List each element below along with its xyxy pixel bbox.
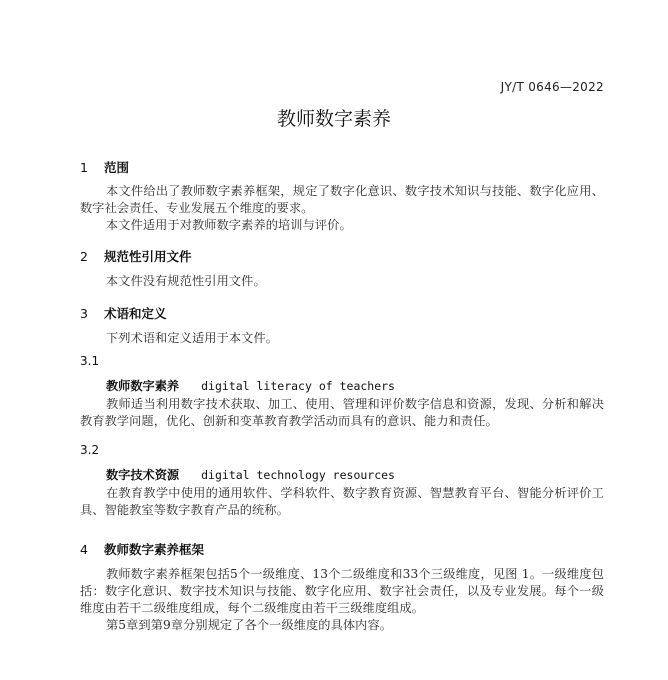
paragraph: 第5章到第9章分别规定了各个一级维度的具体内容。 bbox=[80, 617, 604, 634]
document-page: JY/T 0646—2022 教师数字素养 1范围 本文件给出了教师数字素养框架… bbox=[0, 0, 668, 680]
section-number: 3 bbox=[80, 306, 104, 321]
section-title: 范围 bbox=[104, 160, 129, 175]
section-title: 术语和定义 bbox=[104, 306, 167, 321]
term-english: digital technology resources bbox=[201, 468, 395, 482]
term-entry: 数字技术资源digital technology resources bbox=[106, 466, 395, 483]
paragraph: 下列术语和定义适用于本文件。 bbox=[80, 330, 604, 347]
term-definition: 在教育教学中使用的通用软件、学科软件、数字教育资源、智慧教育平台、智能分析评价工… bbox=[80, 485, 604, 519]
paragraph: 教师数字素养框架包括5个一级维度、13个二级维度和33个三级维度，见图 1。一级… bbox=[80, 566, 604, 618]
section-number: 4 bbox=[80, 542, 104, 557]
section-heading-2: 2规范性引用文件 bbox=[80, 247, 192, 265]
section-number: 1 bbox=[80, 160, 104, 175]
section-number: 2 bbox=[80, 249, 104, 264]
paragraph: 本文件没有规范性引用文件。 bbox=[80, 273, 604, 290]
document-number: JY/T 0646—2022 bbox=[501, 80, 604, 94]
paragraph: 本文件给出了教师数字素养框架，规定了数字化意识、数字技术知识与技能、数字化应用、… bbox=[80, 183, 604, 217]
section-title: 规范性引用文件 bbox=[104, 249, 192, 264]
paragraph: 本文件适用于对教师数字素养的培训与评价。 bbox=[80, 217, 604, 234]
term-english: digital literacy of teachers bbox=[201, 379, 395, 393]
term-definition: 教师适当利用数字技术获取、加工、使用、管理和评价数字信息和资源，发现、分析和解决… bbox=[80, 396, 604, 430]
section-title: 教师数字素养框架 bbox=[104, 542, 204, 557]
term-number: 3.2 bbox=[80, 443, 99, 457]
document-title: 教师数字素养 bbox=[0, 104, 668, 131]
section-heading-4: 4教师数字素养框架 bbox=[80, 540, 204, 558]
term-chinese: 数字技术资源 bbox=[106, 468, 179, 482]
term-number: 3.1 bbox=[80, 354, 99, 368]
term-chinese: 教师数字素养 bbox=[106, 379, 179, 393]
term-entry: 教师数字素养digital literacy of teachers bbox=[106, 377, 395, 394]
section-heading-3: 3术语和定义 bbox=[80, 304, 167, 322]
section-heading-1: 1范围 bbox=[80, 158, 129, 176]
